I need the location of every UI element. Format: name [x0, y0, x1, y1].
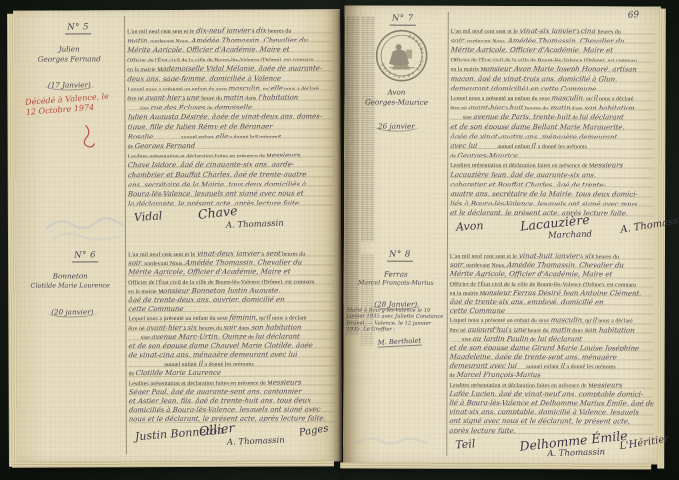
flourish-underline [390, 25, 416, 26]
record-body: L'an mil neuf cent sept et le vingt-six … [450, 24, 655, 217]
margin-given-names: Georges-Maurice [348, 97, 444, 106]
signature: A. Thomassin [227, 435, 285, 447]
margin-given-names: Georges Fernand [17, 54, 121, 63]
signature: Chave [197, 203, 238, 222]
paraph-flourish [72, 124, 102, 150]
signature: Avon [456, 219, 484, 234]
signature: Teil [455, 437, 476, 451]
birth-record-no5: L'an mil neuf cent sept et le dix-neuf j… [127, 23, 334, 233]
signatures-row: TeilDelhomme ÉmileA. ThomassinL'Héritier [449, 434, 653, 462]
record-number-text: N° 5 [67, 22, 89, 32]
scanned-register-spread: N° 5 Julien Georges Fernand (17 Janvier)… [0, 0, 679, 480]
record-number-text: N° 8 [389, 250, 411, 260]
allegorical-figure-icon [389, 44, 415, 70]
margin-date: (20 janvier) [30, 299, 114, 318]
signature: Ollier [198, 419, 235, 438]
flourish-underline [72, 261, 98, 262]
folio-number: 69 [627, 10, 639, 21]
clerk-signature: M. Bertholet [377, 337, 421, 348]
record-number: N° 8 [372, 250, 428, 262]
handwritten-entry: soir [128, 259, 142, 266]
vertical-marginal-note [346, 15, 360, 335]
signatures-row: Justin BonnetonOllierA. ThomassinPages [129, 422, 335, 450]
margin-date-text: (17 Janvier) [44, 80, 95, 90]
record-body: L'an mil neuf cent sept et le vingt-huit… [449, 250, 654, 434]
margin-surname: Ferras [346, 269, 446, 278]
signature: Marchand [548, 229, 592, 240]
signatures-row: AvonLacauzièreMarchandA. Thomassin [450, 216, 654, 244]
margin-date-text: 26 janvier [374, 122, 419, 132]
margin-rule [446, 12, 449, 456]
signature: A. Thomassin [620, 214, 679, 235]
page-edge-stack [7, 14, 17, 467]
official-round-stamp: RÉPUBLIQUE FRANÇAISE [374, 28, 430, 84]
right-page: 69 N° 7 RÉPUBLIQUE FRANÇAISE Avon George… [343, 5, 661, 464]
flourish-underline [387, 261, 413, 262]
page-edge-stack [657, 9, 666, 469]
margin-surname: Avon [348, 87, 444, 96]
ink-bleed-mark [42, 206, 132, 246]
record-number-text: N° 6 [74, 250, 96, 260]
marriage-marginal-note: Marié à Bourg-lès-Valence le 10 janvier … [347, 307, 444, 333]
record-number: N° 6 [50, 250, 120, 262]
left-page: N° 5 Julien Georges Fernand (17 Janvier)… [13, 9, 342, 462]
death-marginal-note: Décédé à Valence, le 12 Octobre 1974 [25, 91, 118, 117]
margin-given-names: Marcel François-Marius [346, 279, 446, 286]
margin-date: 26 janvier [354, 113, 438, 132]
margin-date: (17 Janvier) [27, 72, 111, 91]
page-edge-stack-bottom [12, 460, 334, 467]
birth-record-no8: L'an mil neuf cent sept et le vingt-huit… [449, 250, 654, 461]
birth-record-no7: L'an mil neuf cent sept et le vingt-six … [450, 24, 655, 244]
record-body: L'an mil neuf cent sept et le vingt-deux… [128, 247, 335, 422]
signature: Pages [298, 423, 329, 439]
margin-surname: Julien [17, 44, 121, 53]
record-number: N° 7 [379, 14, 427, 26]
record-number-text: N° 7 [392, 14, 414, 24]
margin-date-text: (20 janvier) [47, 307, 97, 317]
signature: Vidal [133, 209, 162, 224]
birth-record-no6: L'an mil neuf cent sept et le vingt-deux… [128, 247, 335, 449]
record-number: N° 5 [43, 22, 113, 34]
flourish-underline [65, 33, 91, 34]
margin-surname: Bonneton [16, 271, 124, 280]
signature: A. Thomassin [547, 447, 605, 459]
ink-bleed-mark [351, 429, 431, 453]
record-body: L'an mil neuf cent sept et le dix-neuf j… [127, 23, 334, 206]
signatures-row: VidalChaveA. Thomassin [128, 206, 334, 234]
margin-given-names: Clotilde Marie Laurence [16, 281, 124, 289]
signature: A. Thomassin [226, 219, 284, 231]
page-edge-stack-bottom [340, 462, 651, 469]
